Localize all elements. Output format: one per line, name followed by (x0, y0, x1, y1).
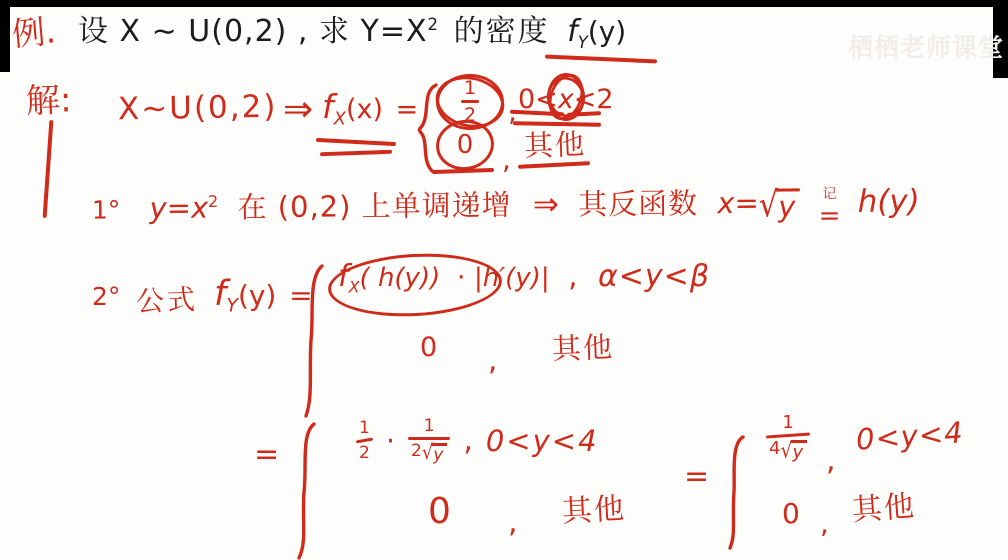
example-tag: 例. (11, 14, 57, 51)
step1-line: 1° y=x2 在 (0,2) 上单调递增 ⇒ 其反函数 x=√y 记 = h(… (92, 186, 920, 249)
implies-arrow-2: ⇒ (533, 187, 559, 223)
implies-arrow-1: ⇒ (283, 92, 313, 128)
frac2-sqrt-arg: y (791, 440, 808, 462)
fx-arg: (x) (346, 94, 383, 125)
fx-underline-2 (320, 150, 392, 156)
frac1-sqrt-arg: y (431, 443, 447, 464)
cond1-underline-3 (513, 121, 601, 126)
circle-annotation-fxh (326, 249, 503, 320)
piecewise-brace-2 (298, 262, 328, 420)
result1-top: 1 2 · 1 2√y , 0<y<4 (356, 418, 599, 464)
frame-bar-top (0, 0, 1008, 7)
watermark-text: 栖栖老师课堂 (848, 35, 1004, 60)
case2-bottom-value: 0 (420, 334, 437, 361)
whiteboard: 栖栖老师课堂 例. 设 X ∼ U(0,2) , 求 Y=X2 的密度 fY(y… (0, 0, 1008, 560)
solution-label: 解: (25, 83, 72, 119)
case2-condition: α<y<β (598, 259, 710, 294)
result-eq-1: = (254, 440, 279, 470)
step1-sqrt-arg: y (776, 188, 799, 221)
half-den: 2 (356, 442, 373, 462)
case1-bottom-value: 0 (436, 120, 494, 170)
piecewise-brace-3 (292, 420, 322, 560)
result2-bottom-value: 0 (782, 500, 800, 528)
result2-frac: 1 4√y (766, 414, 810, 462)
density-f-arg: (y) (588, 15, 626, 48)
circled-fx-h: fX( h(y)) (338, 262, 440, 295)
example-text: 设 X ∼ U(0,2) , 求 Y=X (78, 14, 428, 49)
one-over-2sqrty: 1 2√y (408, 418, 450, 464)
density-f: f (567, 14, 578, 49)
denote-mark: 记 (822, 187, 836, 201)
watermark: 栖栖老师课堂 (848, 28, 1008, 66)
fx-sub: X (334, 108, 346, 129)
density-f-sub: Y (578, 33, 588, 52)
result1-bottom-value: 0 (428, 494, 451, 530)
case1-bottom-comma: , (502, 146, 511, 174)
step1-inverse-name: h(y) (857, 183, 919, 220)
half-fraction: 1 2 (356, 420, 373, 462)
example-statement: 设 X ∼ U(0,2) , 求 Y=X2 的密度 fY(y) (78, 17, 626, 52)
result2-bottom-condition: 其他 (851, 492, 917, 526)
cond1-underline-2 (567, 111, 601, 116)
given-distribution: X∼U(0,2) (118, 92, 278, 126)
step1-inverse-text: 其反函数 (578, 186, 698, 221)
radical-sign: √ (780, 440, 792, 462)
result1-dot: · (386, 427, 395, 456)
result1-bottom-comma: , (508, 508, 518, 538)
density-symbol: fY(y) (567, 14, 626, 49)
denote-eq: = (819, 203, 841, 229)
denoted-equals: 记 = (818, 187, 840, 229)
fx-f: f (322, 87, 334, 126)
result1-bottom-condition: 其他 (561, 494, 626, 527)
piecewise-brace-4 (722, 434, 750, 552)
fy-arg: (y) (238, 279, 276, 312)
fy-sub: Y (226, 295, 238, 317)
frame-bar-left (0, 0, 10, 72)
step2-label: 公式 (136, 286, 199, 316)
step1-marker: 1° (92, 195, 121, 224)
frac2-num: 1 (779, 414, 796, 434)
step1-inverse-lhs: x= (717, 186, 759, 220)
frac1-den-coef: 2 (411, 443, 422, 460)
result-eq-2: = (684, 462, 709, 492)
case2-bottom-condition: 其他 (552, 333, 615, 364)
circle-annotation-zero (433, 116, 497, 174)
step2-marker: 2° (92, 284, 120, 309)
fx-expression: fX(x) = (322, 90, 418, 128)
result2-comma: , (826, 446, 836, 476)
result2-condition: 0<y<4 (855, 418, 964, 454)
radical-sign: √ (759, 189, 779, 224)
step1-domain: 在 (0,2) 上单调递增 (237, 188, 511, 224)
fy-f: f (214, 274, 226, 314)
frac1-num: 1 (421, 418, 438, 437)
case2-comma: , (568, 259, 577, 293)
frac2-den-coef: 4 (769, 440, 780, 458)
case1-top-condition: 0<x<2 (518, 86, 614, 113)
fx-underline-1 (316, 138, 396, 146)
density-underline (545, 55, 657, 63)
radical-sign: √ (422, 443, 433, 464)
half-num: 1 (356, 420, 373, 439)
example-text-after: 的密度 (454, 14, 550, 49)
example-exponent: 2 (428, 15, 439, 34)
solution-label-tail (43, 120, 53, 218)
result2-bottom-comma: , (820, 510, 829, 538)
step1-function: y=x (149, 191, 208, 226)
result1-condition: 0<y<4 (486, 427, 599, 456)
step1-exponent: 2 (208, 192, 218, 211)
case2-top: fX( h(y)) · |h′(y)| , α<y<β (338, 262, 710, 295)
case1-bottom-condition: 其他 (524, 130, 587, 161)
case1-bottom-underline-1 (432, 168, 494, 174)
case2-bottom-comma: , (488, 346, 497, 375)
result1-comma: , (463, 426, 473, 456)
